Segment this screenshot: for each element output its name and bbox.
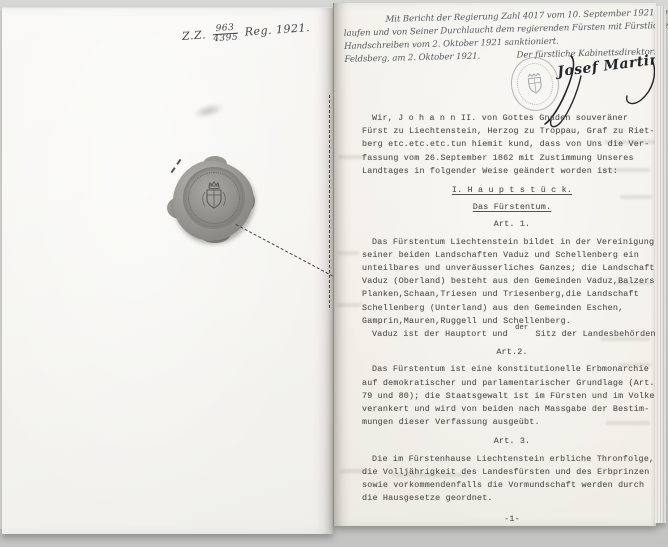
heading-fuerstentum: Das Fürstentum. [362,201,662,214]
article-3-heading: Art. 3. [362,435,662,448]
vaduz-line-after: Sitz der Landesbehörden. [536,329,661,339]
typed-body: Wir, J o h a n n II. von Gottes Gnaden s… [362,112,662,527]
article-2-text: Das Fürstentum ist eine konstitutionelle… [362,363,662,429]
proclamation-paragraph: Wir, J o h a n n II. von Gottes Gnaden s… [362,112,662,178]
left-page: Z.Z. 963 4395 Reg. 1921. [2,7,333,534]
article-1-text: Das Fürstentum Liechtenstein bildet in d… [362,236,662,328]
handwritten-insertion: der [515,324,528,332]
article-1-vaduz-line: Vaduz ist der Hauptort und der Sitz der … [362,328,662,342]
bleed-through-mark [338,155,364,159]
seal-crest-icon [200,180,228,214]
heading-hauptstueck: I. H a u p t s t ü c k. [362,184,662,197]
registry-fraction: 963 4395 [212,24,238,45]
article-2-heading: Art.2. [362,346,662,359]
article-3-text: Die im Fürstenhause Liechtenstein erblic… [362,453,662,506]
registry-denominator: 4395 [213,33,239,45]
binding-cord-vertical [329,95,330,308]
seal-embossed-disc [183,167,245,229]
vaduz-line-before: Vaduz ist der Hauptort und [372,329,508,339]
article-1-heading: Art. 1. [362,218,662,231]
page-edge-stack [655,6,666,523]
wax-seal-icon [169,159,257,245]
bleed-through-mark [337,303,361,307]
registry-suffix: Reg. 1921. [244,21,310,39]
ink-smudge [194,101,226,121]
document-photo: Z.Z. 963 4395 Reg. 1921. Mit Bericht der… [0,0,668,547]
registry-prefix: Z.Z. [182,28,207,43]
page-number: -1- [362,513,662,526]
bleed-through-mark [337,251,359,255]
registry-note: Z.Z. 963 4395 Reg. 1921. [181,19,310,47]
